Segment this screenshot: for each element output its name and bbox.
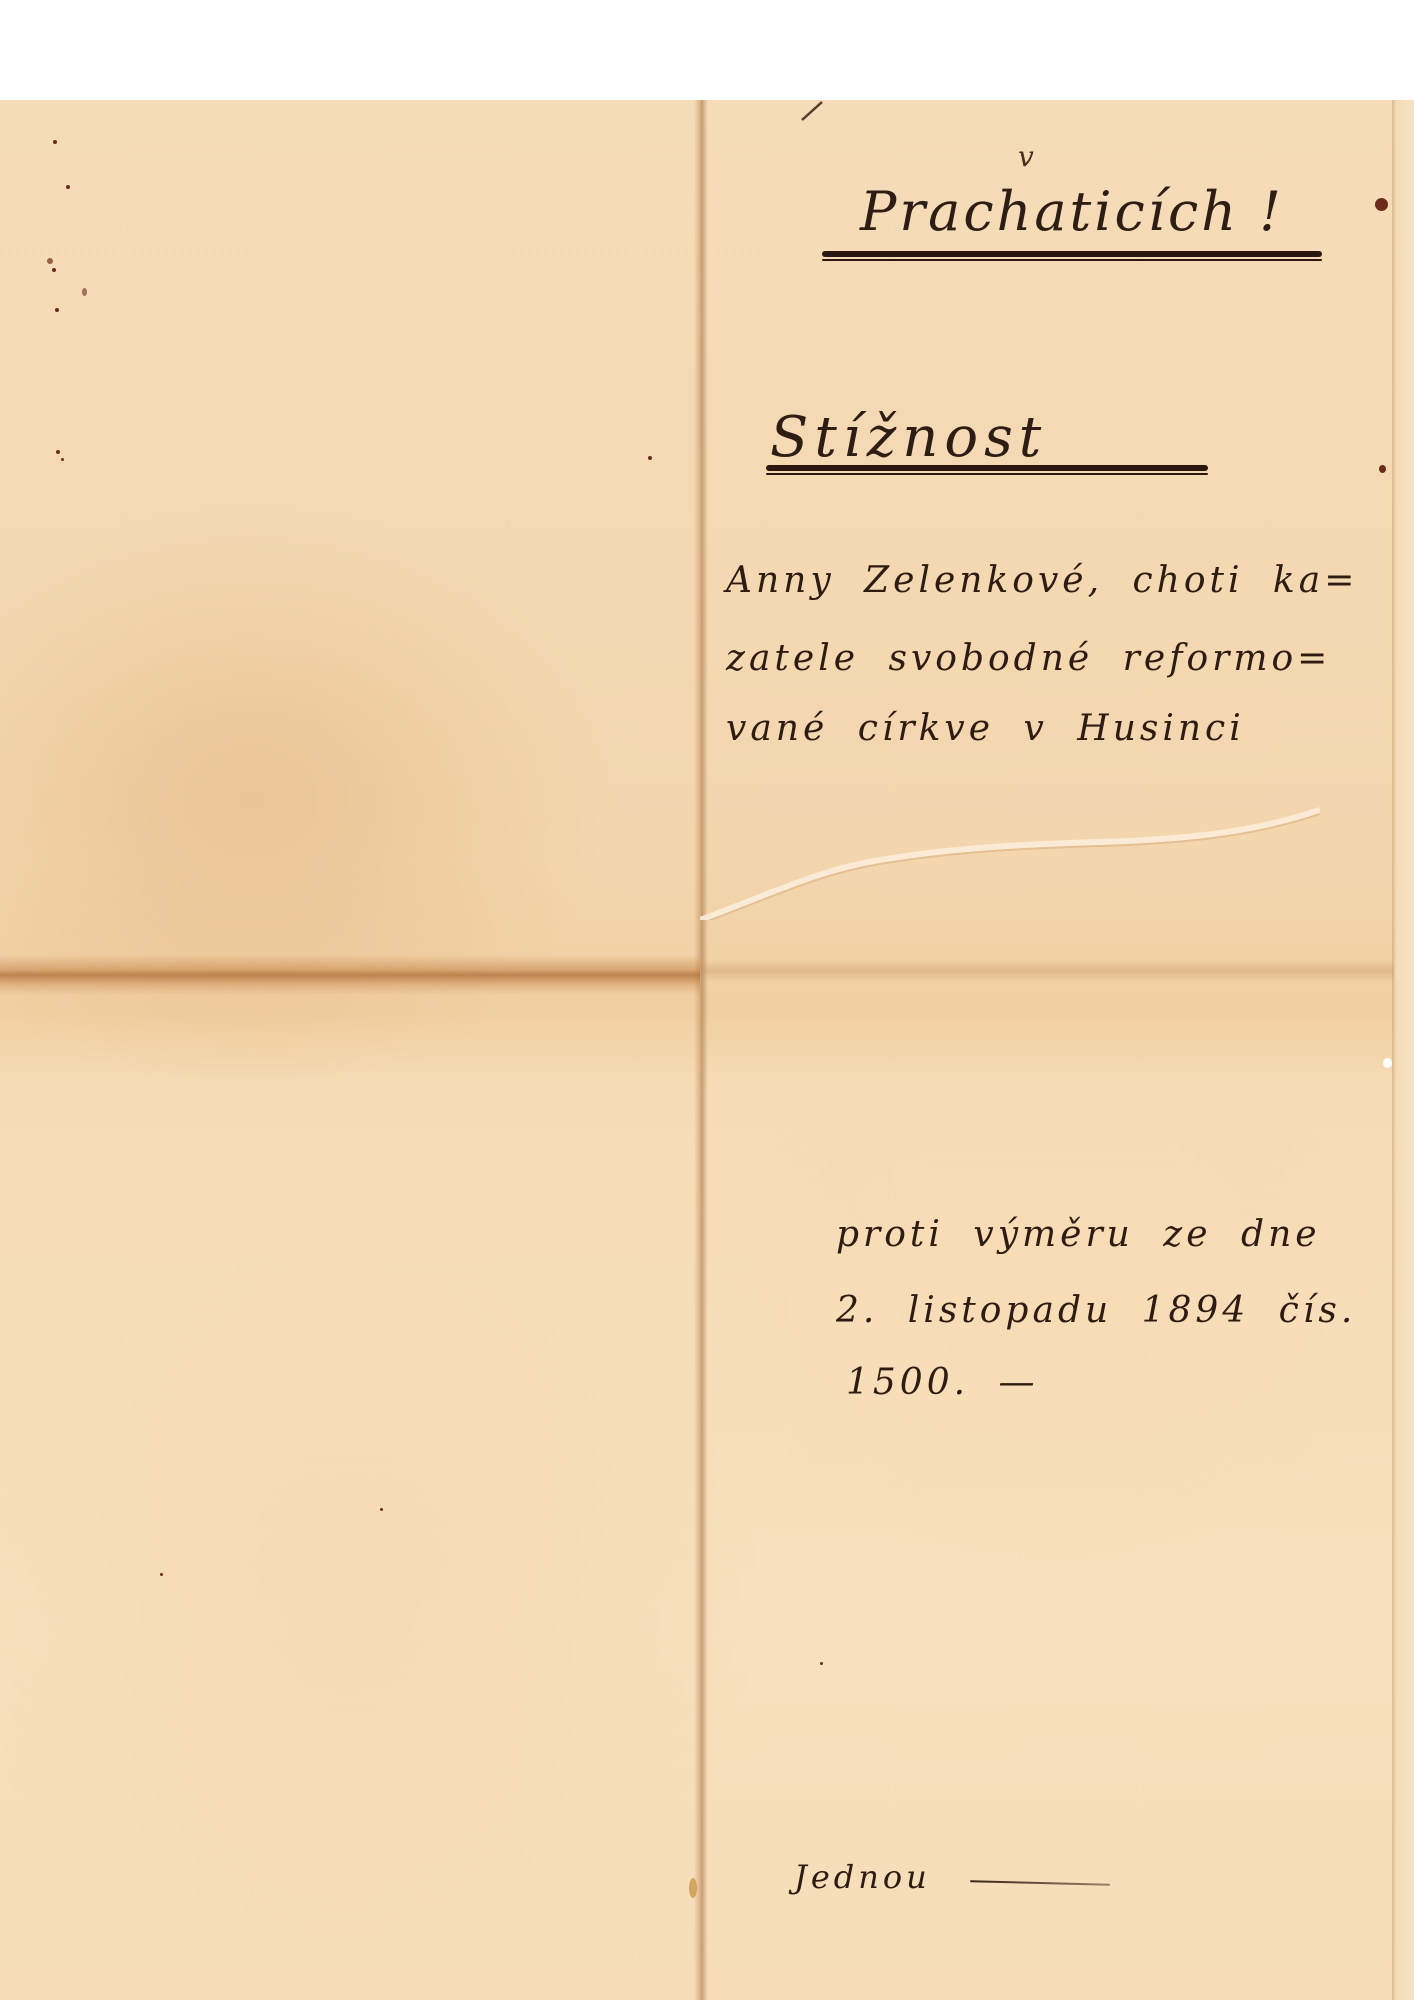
- ink-blot: [1375, 198, 1388, 211]
- ink-speck: [61, 458, 64, 461]
- paper-crease: [700, 800, 1320, 920]
- ink-speck: [55, 308, 59, 312]
- ink-blot: [1379, 465, 1386, 473]
- ink-speck: [53, 140, 57, 144]
- complainant-line: vané církve v Husinci: [726, 708, 1245, 749]
- vertical-fold: [694, 100, 708, 2000]
- ink-speck: [82, 288, 87, 296]
- ink-speck: [820, 1662, 823, 1665]
- subject-line: 1500. —: [846, 1362, 1039, 1403]
- ink-speck: [56, 450, 60, 454]
- complainant-line: zatele svobodné reformo=: [726, 638, 1331, 679]
- ink-speck: [47, 258, 53, 264]
- complainant-line: Anny Zelenkové, choti ka=: [726, 560, 1358, 601]
- paper-hole: [1383, 1058, 1392, 1068]
- place-heading: Prachaticích !: [860, 180, 1284, 243]
- document-title-underline: [766, 465, 1208, 475]
- horizontal-fold-left: [0, 955, 700, 995]
- place-heading-underline: [822, 251, 1322, 261]
- ink-speck: [66, 185, 70, 189]
- fold-stain: [689, 1878, 697, 1898]
- right-edge-strip: [1392, 100, 1414, 2000]
- ink-speck: [52, 268, 56, 272]
- ink-speck: [160, 1573, 163, 1576]
- footer-note: Jednou: [794, 1858, 931, 1896]
- heading-prefix: v: [1018, 140, 1034, 173]
- ink-speck: [648, 456, 652, 460]
- document-title: Stížnost: [770, 405, 1047, 470]
- ink-speck: [380, 1508, 383, 1511]
- stray-pen-stroke: [800, 100, 830, 122]
- subject-line: proti výměru ze dne: [836, 1214, 1321, 1255]
- subject-line: 2. listopadu 1894 čís.: [836, 1290, 1356, 1331]
- horizontal-fold-right: [700, 960, 1394, 982]
